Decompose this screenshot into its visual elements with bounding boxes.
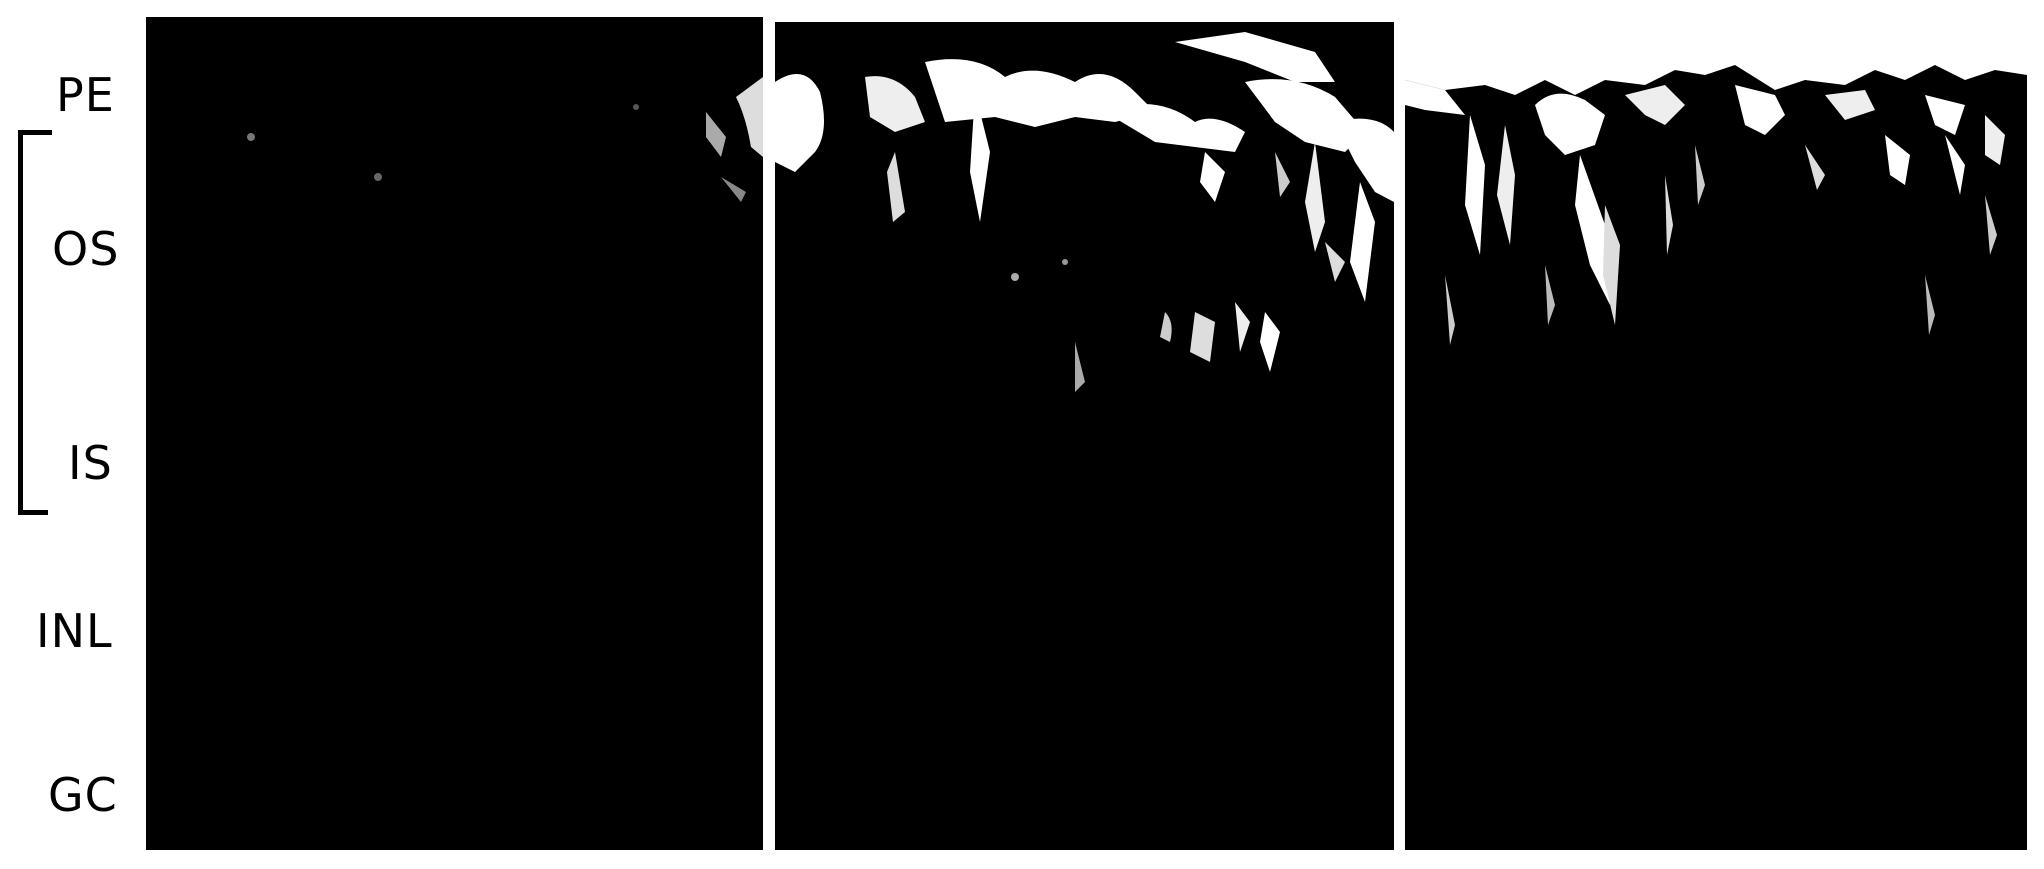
panel-1-signal [146,17,763,850]
bracket-bottom-tick [18,510,48,515]
layer-label-os: OS [52,226,119,272]
micrograph-panel-2 [775,22,1394,850]
layer-label-pe: PE [56,72,115,118]
os-is-bracket [18,130,23,514]
layer-label-inl: INL [36,608,113,654]
panel-3-signal [1405,25,2027,850]
micrograph-panel-1 [146,17,763,850]
panel-2-signal [775,22,1394,850]
micrograph-panel-3 [1405,25,2027,850]
layer-label-is: IS [68,440,113,486]
layer-label-gc: GC [48,772,118,818]
bracket-top-tick [18,130,52,135]
